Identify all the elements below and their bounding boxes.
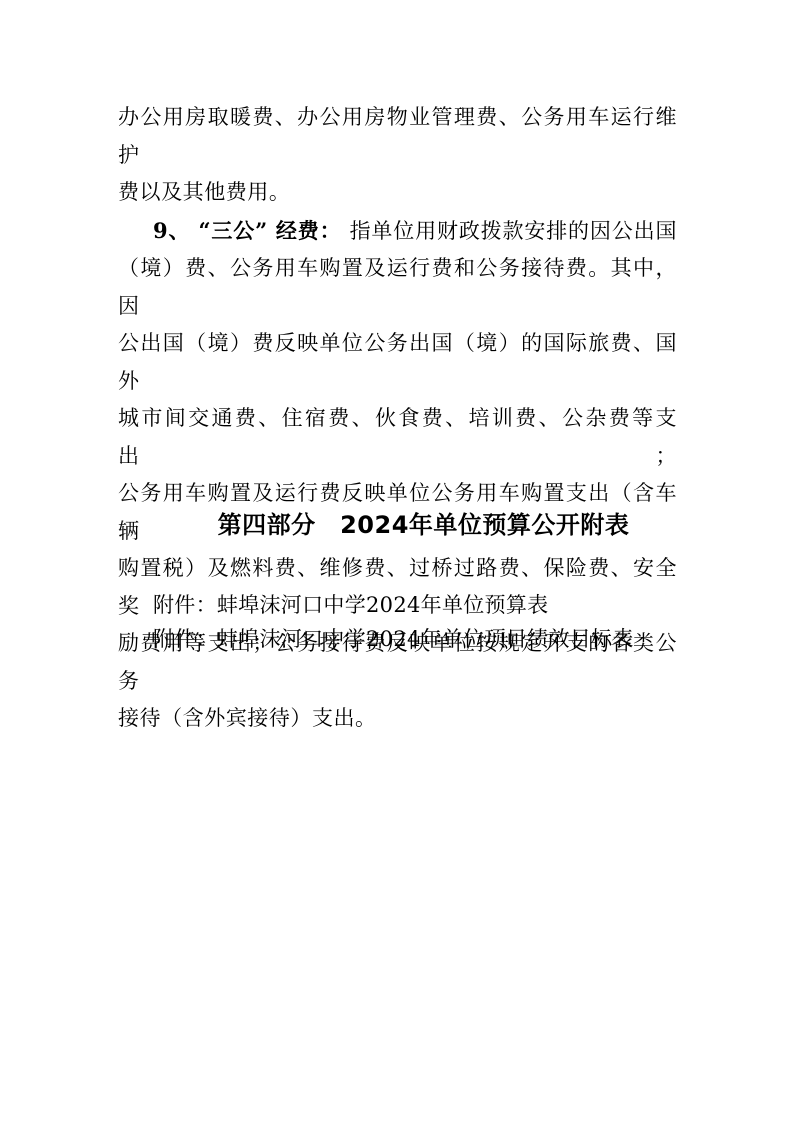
attachment-line: 附件：蚌埠沫河口中学2024年单位预算表 bbox=[153, 588, 634, 622]
body-text-line: 办公用房取暖费、办公用房物业管理费、公务用车运行维护 bbox=[118, 99, 677, 174]
body-text-line: 费以及其他费用。 bbox=[118, 174, 677, 212]
body-text-line: 接待（含外宾接待）支出。 bbox=[118, 700, 677, 738]
document-page: 办公用房取暖费、办公用房物业管理费、公务用车运行维护 费以及其他费用。 9、 “… bbox=[0, 0, 793, 1122]
body-text-line: 城市间交通费、住宿费、伙食费、培训费、公杂费等支出； bbox=[118, 400, 677, 475]
body-text-line: （境）费、公务用车购置及运行费和公务接待费。其中，因 bbox=[118, 250, 677, 325]
attachments-block: 附件：蚌埠沫河口中学2024年单位预算表 附件：蚌埠沫河口中学2024年单位项目… bbox=[153, 588, 634, 656]
body-text-line: 公出国（境）费反映单位公务出国（境）的国际旅费、国外 bbox=[118, 325, 677, 400]
section-heading: 第四部分 2024年单位预算公开附表 bbox=[27, 506, 793, 544]
attachment-line: 附件：蚌埠沫河口中学2024年单位项目绩效目标表 bbox=[153, 622, 634, 656]
item9-first-line-rest: 指单位用财政拨款安排的因公出国 bbox=[350, 219, 677, 243]
item9-term-bold: 9、 “三公” 经费： bbox=[153, 218, 350, 243]
body-text-line-item9-lead: 9、 “三公” 经费： 指单位用财政拨款安排的因公出国 bbox=[118, 212, 677, 251]
